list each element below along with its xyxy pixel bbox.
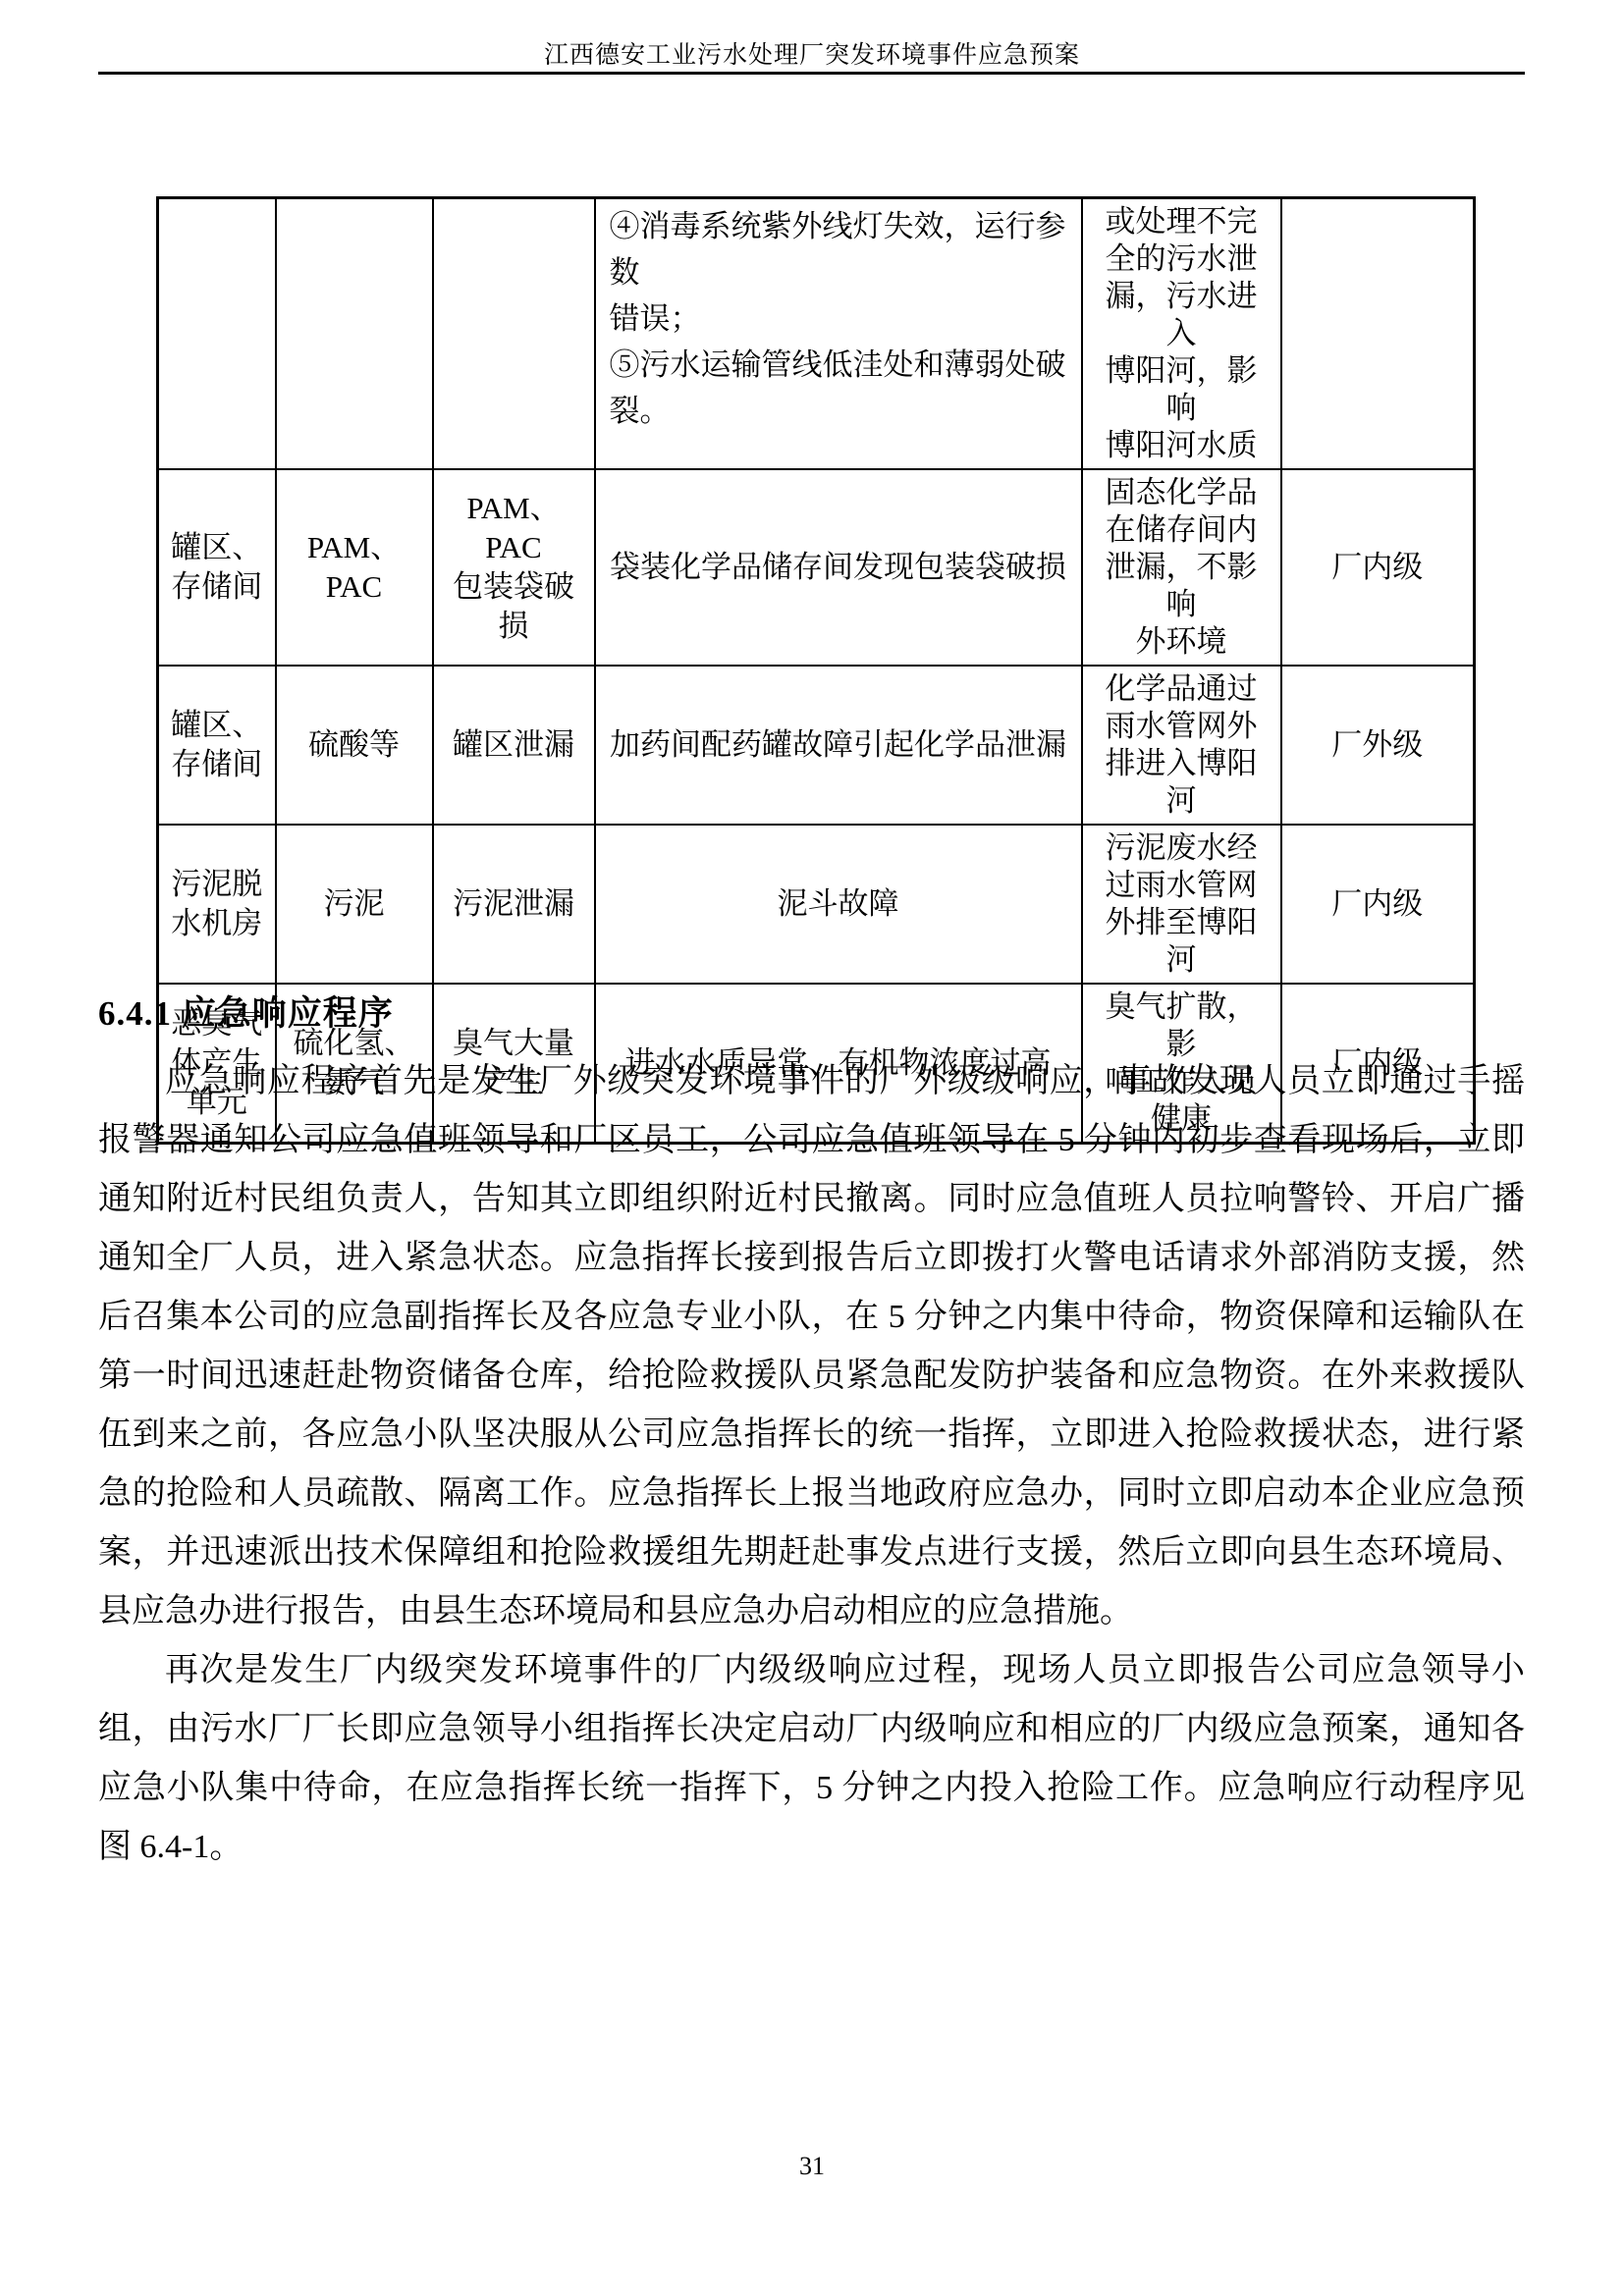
table-cell-level: 厂外级 xyxy=(1281,666,1475,825)
table-cell-impact: 化学品通过 雨水管网外 排进入博阳 河 xyxy=(1082,666,1281,825)
table-cell-cause: 泥斗故障 xyxy=(595,825,1082,984)
paragraph: 应急响应程序首先是发生厂外级突发环境事件的厂外级级响应，事故发现人员立即通过手摇… xyxy=(98,1052,1525,1641)
paragraph: 再次是发生厂内级突发环境事件的厂内级级响应过程，现场人员立即报告公司应急领导小组… xyxy=(98,1641,1525,1877)
document-page: 江西德安工业污水处理厂突发环境事件应急预案 ④消毒系统紫外线灯失效，运行参数 错… xyxy=(0,0,1624,2296)
table-cell-event: PAM、PAC 包装袋破 损 xyxy=(433,469,595,666)
section-heading: 6.4.1 应急响应程序 xyxy=(98,987,394,1036)
table-cell-cause: 加药间配药罐故障引起化学品泄漏 xyxy=(595,666,1082,825)
table-cell-substance xyxy=(276,198,433,470)
table-cell-location: 罐区、 存储间 xyxy=(158,469,276,666)
table-row: 罐区、 存储间 硫酸等 罐区泄漏 加药间配药罐故障引起化学品泄漏 化学品通过 雨… xyxy=(158,666,1475,825)
page-number: 31 xyxy=(0,2152,1624,2181)
table-cell-cause: 袋装化学品储存间发现包装袋破损 xyxy=(595,469,1082,666)
table-cell-impact: 污泥废水经 过雨水管网 外排至博阳 河 xyxy=(1082,825,1281,984)
table-cell-impact: 固态化学品 在储存间内 泄漏，不影响 外环境 xyxy=(1082,469,1281,666)
table-cell-substance: 硫酸等 xyxy=(276,666,433,825)
table-cell-event: 罐区泄漏 xyxy=(433,666,595,825)
table-cell-level xyxy=(1281,198,1475,470)
body-text: 应急响应程序首先是发生厂外级突发环境事件的厂外级级响应，事故发现人员立即通过手摇… xyxy=(98,1052,1525,1877)
table-cell-level: 厂内级 xyxy=(1281,469,1475,666)
table-row: ④消毒系统紫外线灯失效，运行参数 错误； ⑤污水运输管线低洼处和薄弱处破 裂。 … xyxy=(158,198,1475,470)
table-cell-location: 罐区、 存储间 xyxy=(158,666,276,825)
table-cell-location xyxy=(158,198,276,470)
table-cell-level: 厂内级 xyxy=(1281,825,1475,984)
header-divider xyxy=(98,72,1525,75)
table-cell-event xyxy=(433,198,595,470)
table-cell-event: 污泥泄漏 xyxy=(433,825,595,984)
table-row: 污泥脱 水机房 污泥 污泥泄漏 泥斗故障 污泥废水经 过雨水管网 外排至博阳 河… xyxy=(158,825,1475,984)
table-cell-impact: 或处理不完 全的污水泄 漏，污水进入 博阳河，影响 博阳河水质 xyxy=(1082,198,1281,470)
page-header-title: 江西德安工业污水处理厂突发环境事件应急预案 xyxy=(0,35,1624,71)
table-cell-cause: ④消毒系统紫外线灯失效，运行参数 错误； ⑤污水运输管线低洼处和薄弱处破 裂。 xyxy=(595,198,1082,470)
table-cell-location: 污泥脱 水机房 xyxy=(158,825,276,984)
table-cell-substance: 污泥 xyxy=(276,825,433,984)
table-row: 罐区、 存储间 PAM、 PAC PAM、PAC 包装袋破 损 袋装化学品储存间… xyxy=(158,469,1475,666)
table-cell-substance: PAM、 PAC xyxy=(276,469,433,666)
